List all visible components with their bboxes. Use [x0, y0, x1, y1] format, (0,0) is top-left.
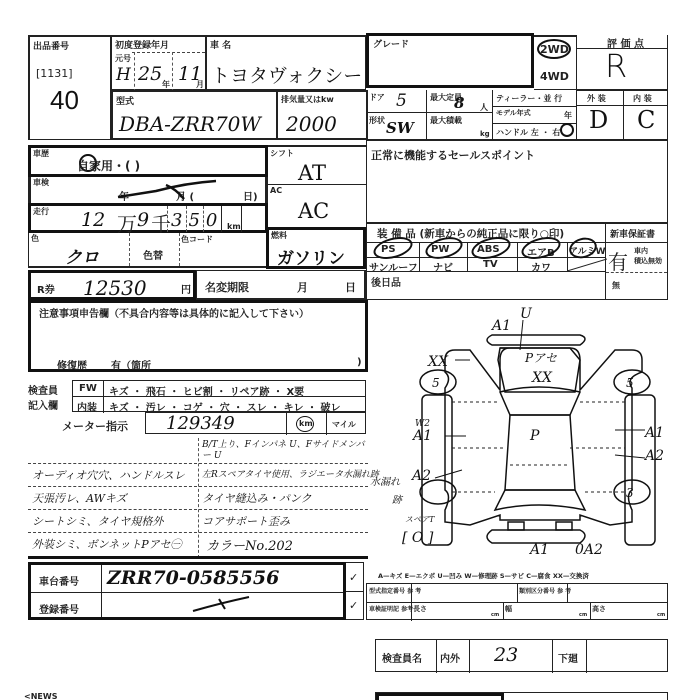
chassis-label: 車台番号 — [39, 573, 79, 588]
color-change-label: 色替 — [143, 247, 163, 262]
color-code-label: 色コード — [181, 234, 213, 245]
width-unit: cm — [579, 612, 587, 618]
repair-value: 有（箇所 — [111, 357, 151, 372]
mileage-unit: km — [227, 222, 241, 231]
svg-text:5: 5 — [626, 376, 634, 390]
svg-text:3: 3 — [626, 486, 634, 500]
mileage-man: 12 — [81, 209, 105, 231]
svg-text:跡: 跡 — [392, 494, 404, 506]
inspection-box: 車検 年 月 ( 日) — [28, 177, 268, 203]
sales-points-box: 正常に機能するセールスポイント — [366, 140, 668, 222]
comment-right-3: コアサポート歪み — [202, 513, 290, 529]
km-label: km — [299, 419, 313, 428]
drive-2wd: 2WD — [540, 43, 569, 56]
car-name: トヨタヴォクシー — [211, 61, 362, 88]
name-change-day: 日 — [345, 279, 356, 295]
mile-label: マイル — [332, 419, 356, 430]
inspection-label: 車検 — [33, 177, 49, 188]
mileage-sen: 9 — [137, 209, 149, 231]
footer-box — [375, 692, 668, 700]
later-items-label: 後日品 — [371, 274, 401, 289]
model-value: DBA-ZRR70W — [119, 112, 261, 136]
displacement-box: 排気量又はkw 2000 — [278, 90, 368, 140]
notes-title: 注意事項申告欄（不具合内容等は具体的に記入して下さい） — [39, 305, 309, 320]
name-change-label: 名変期限 — [205, 279, 249, 295]
comment-right-0: B/T上り、Fインパネ U、Fサイドメンバー U — [202, 440, 368, 462]
ac-label: AC — [270, 186, 282, 195]
fuel-value: ガソリン — [277, 244, 345, 269]
inspector-label-2: 記入欄 — [28, 397, 58, 412]
body-value: SW — [386, 119, 414, 137]
score-value: R — [605, 47, 627, 85]
chassis-value: ZRR70-0585556 — [107, 567, 279, 589]
interior-value: C — [637, 106, 655, 134]
svg-text:XX: XX — [531, 370, 553, 386]
warranty-title: 新車保証書 — [610, 227, 655, 240]
recycle-label: R券 — [37, 281, 55, 296]
under-label: 下廻 — [558, 650, 578, 665]
inspector-label-1: 検査員 — [28, 382, 58, 397]
mileage-box: 走行 12 万 9 千 350 km — [28, 203, 268, 233]
color-label: 色 — [31, 233, 39, 244]
svg-text:XX: XX — [427, 354, 449, 370]
sales-points-title: 正常に機能するセールスポイント — [371, 147, 535, 163]
displacement-label: 排気量又はkw — [281, 94, 334, 105]
displacement-value: 2000 — [286, 112, 337, 136]
doc-rows-box: 型式指定番号 参 考 類別区分番号 参 考 車検証明記 参考 長さ 幅 高さ c… — [366, 583, 668, 620]
svg-text:[ O ]: [ O ] — [402, 530, 434, 546]
month-unit: 月 — [196, 79, 204, 90]
svg-text:A1: A1 — [490, 318, 511, 334]
svg-text:水漏れ: 水漏れ — [370, 476, 401, 488]
model-year-unit: 年 — [564, 110, 572, 121]
notes-box: 注意事項申告欄（不具合内容等は具体的に記入して下さい） 修復歴 有（箇所 ) — [28, 300, 368, 372]
comment-right-4: カラーNo.202 — [206, 535, 293, 554]
recycle-box: R券 12530 円 — [28, 270, 196, 300]
comment-left-4: 外装シミ、ボンネットPアセ㊀ — [32, 536, 182, 552]
shift-label: シフト — [270, 148, 294, 159]
inspector-name-label: 検査員名 — [382, 650, 422, 665]
equip-tv: TV — [483, 259, 498, 270]
exterior-label: 外 装 — [587, 93, 606, 104]
usage-value: 自家用・( ) — [77, 157, 140, 174]
warranty-note1: 車内 — [634, 246, 648, 256]
registration-check: ✓ — [349, 599, 358, 612]
car-name-box: 車 名 トヨタヴォクシー — [206, 35, 366, 90]
inspector-marks-box: FW キズ ・ 飛石 ・ ヒビ割 ・ リペア跡 ・ X要 内装 キズ ・ 汚レ … — [72, 380, 366, 412]
svg-text:A2: A2 — [410, 468, 431, 484]
repair-label: 修復歴 — [57, 357, 87, 372]
model-year-label: モデル年式 — [496, 108, 531, 118]
model-label: 型式 — [116, 94, 134, 107]
inout-label: 内外 — [440, 650, 460, 665]
inspector-name-box: 検査員名 内外 23 下廻 — [375, 639, 668, 672]
era-value: H — [116, 65, 131, 85]
year-value: 25 — [138, 63, 162, 85]
comment-left-2: 天張汚レ、AWキズ — [32, 490, 127, 506]
comment-right-1: 左Rスペアタイヤ使用、ラジエータ水漏れ跡 — [202, 467, 379, 480]
length-label: 長さ — [413, 604, 427, 614]
color-box: 色 クロ 色替 色コード — [28, 233, 268, 268]
shift-box: シフト AT — [268, 145, 366, 185]
svg-text:A1: A1 — [528, 542, 549, 558]
name-change-box: 名変期限 月 日 — [196, 270, 366, 300]
damage-legend: A—キズ E—エクボ U—凹み W—修理跡 S—サビ C—腐食 XX—交換済 — [378, 571, 589, 580]
comment-left-3: シートシミ、タイヤ規格外 — [32, 513, 163, 529]
fw-items: キズ ・ 飛石 ・ ヒビ割 ・ リペア跡 ・ X要 — [109, 383, 304, 398]
chassis-check: ✓ — [349, 571, 358, 584]
meter-label: メーター指示 — [62, 418, 128, 434]
max-load-unit: kg — [480, 130, 490, 138]
svg-text:A1: A1 — [643, 425, 664, 441]
capacity-unit: 人 — [480, 102, 488, 113]
fuel-box: 燃料 ガソリン — [266, 227, 366, 269]
registration-label: 登録番号 — [39, 601, 79, 616]
lot-code: [1131] — [36, 67, 73, 80]
meter-value: 129349 — [166, 413, 235, 434]
first-registration-box: 初度登録年月 元号 H 25 年 11 月 — [111, 35, 206, 90]
svg-text:スペアT: スペアT — [405, 515, 435, 524]
ac-box: AC AC — [268, 185, 366, 227]
model-box: 型式 DBA-ZRR70W — [111, 90, 278, 140]
color-value: クロ — [65, 243, 99, 268]
height-unit: cm — [657, 612, 665, 618]
warranty-none: 無 — [612, 280, 620, 291]
length-unit: cm — [491, 612, 499, 618]
doc-b-label: 類別区分番号 参 考 — [519, 586, 571, 595]
svg-text:0A2: 0A2 — [575, 542, 603, 558]
name-change-month: 月 — [297, 279, 308, 295]
door-label: ドア — [369, 92, 385, 103]
width-label: 幅 — [505, 604, 512, 614]
year-unit: 年 — [162, 79, 170, 90]
lot-number: 40 — [50, 85, 79, 116]
fw-label: FW — [79, 383, 97, 394]
max-load-label: 最大積載 — [430, 115, 462, 126]
warranty-value: 有 — [608, 246, 628, 275]
recycle-unit: 円 — [181, 281, 191, 296]
insp-day-unit: 日) — [243, 188, 258, 203]
repair-close: ) — [357, 357, 362, 368]
era-label: 元号 — [115, 53, 131, 64]
car-damage-diagram: A1 U Pアセ XX XX 5 5 3 W2 A1 P A1 A2 A2 水漏… — [370, 300, 700, 570]
warranty-note2: 積込無効 — [634, 256, 662, 266]
doc-c-label: 車検証明記 参考 — [369, 604, 413, 613]
mileage-rest: 350 — [171, 210, 223, 231]
comment-right-2: タイヤ縫込み・パンク — [202, 490, 312, 506]
equipment-box: 装 備 品 (新車からの純正品に限り○印) PS PW ABS エアB アルミW… — [366, 222, 606, 272]
handle-label: ハンドル 左 ・ 右 — [496, 127, 560, 138]
chassis-box: 車台番号 ZRR70-0585556 登録番号 — [28, 562, 346, 620]
capacity-value: 8 — [454, 94, 464, 112]
warranty-box: 新車保証書 有 車内 積込無効 無 — [606, 222, 668, 300]
doc-a-label: 型式指定番号 参 考 — [369, 586, 421, 595]
ac-value: AC — [298, 199, 329, 223]
interior-label: 内 装 — [633, 93, 652, 104]
fuel-label: 燃料 — [271, 230, 287, 241]
dealer-label: ティーラー・並 行 — [496, 93, 562, 104]
ext-int-box: 外 装 内 装 D C — [576, 90, 668, 140]
car-name-label: 車 名 — [210, 38, 231, 51]
svg-text:5: 5 — [432, 376, 440, 390]
svg-text:P: P — [529, 428, 540, 444]
doors-value: 5 — [396, 91, 407, 111]
interior-label-row: 内装 — [77, 399, 97, 414]
height-label: 高さ — [592, 604, 606, 614]
later-items-box: 後日品 — [366, 272, 606, 300]
body-label: 形状 — [369, 115, 385, 126]
specs-box: ドア 5 最大定員 8 人 形状 SW 最大積載 kg ティーラー・並 行 モデ… — [366, 90, 576, 140]
shift-value: AT — [298, 161, 326, 185]
inspector-comments: オーディオ穴穴、ハンドルスレ 天張汚レ、AWキズ シートシミ、タイヤ規格外 外装… — [28, 438, 368, 558]
svg-text:U: U — [520, 306, 533, 322]
grade-label: グレード — [373, 37, 409, 50]
score-box: 評 価 点 R — [576, 35, 668, 90]
svg-text:A1: A1 — [411, 428, 432, 444]
svg-text:Pアセ: Pアセ — [524, 351, 557, 365]
check-column: ✓ ✓ — [346, 562, 364, 620]
lot-label: 出品番号 — [33, 39, 69, 52]
drive-4wd: 4WD — [540, 70, 569, 83]
comment-left-1: オーディオ穴穴、ハンドルスレ — [32, 467, 185, 483]
drive-box: 2WD 4WD — [534, 35, 576, 90]
lot-box: 出品番号 [1131] 40 — [28, 35, 111, 140]
svg-text:A2: A2 — [643, 448, 664, 464]
usage-box: 車歴 自家用・( ) — [28, 145, 268, 177]
usage-label: 車歴 — [33, 148, 49, 159]
grade-box: グレード — [366, 33, 534, 88]
first-reg-label: 初度登録年月 — [115, 38, 169, 51]
footer-news-fragment: <NEWS — [24, 692, 57, 700]
inspector-name-value: 23 — [494, 644, 518, 666]
recycle-value: 12530 — [83, 276, 147, 300]
mileage-label: 走行 — [33, 206, 49, 217]
meter-box: 129349 km マイル — [145, 412, 366, 434]
exterior-value: D — [589, 106, 608, 134]
